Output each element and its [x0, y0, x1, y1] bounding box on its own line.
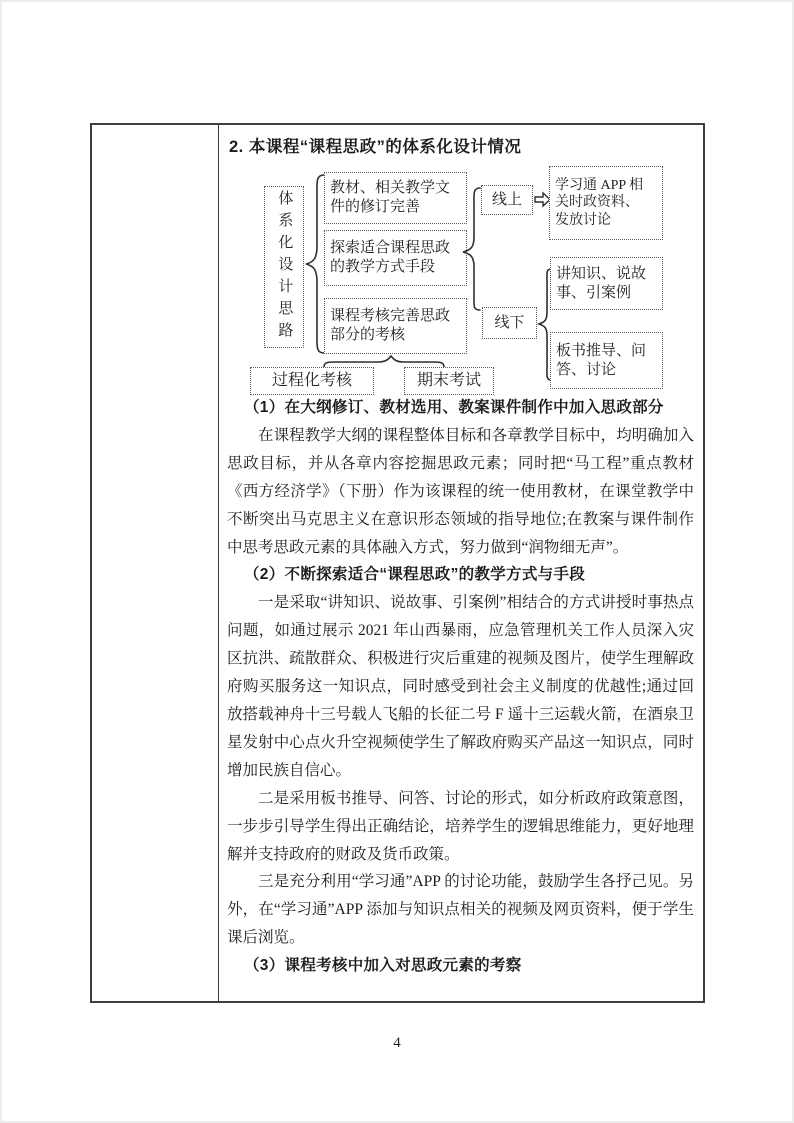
flow-box-strategy-assessment: 课程考核完善思政 部分的考核 — [324, 298, 467, 354]
flow-box-root: 体系化设计思路 — [264, 186, 304, 348]
flow-box-strategy-methods: 探索适合课程思政 的教学方式手段 — [324, 230, 467, 286]
design-flowchart: 体系化设计思路 教材、相关教学文 件的修订完善 探索适合课程思政 的教学方式手段… — [242, 162, 712, 407]
document-page: 2. 本课程“课程思政”的体系化设计情况 体系化设计思路 教材、相关教学文 件的… — [0, 0, 794, 1123]
flow-box-online-result-label: 学习通 APP 相 关时政资料、 发放讨论 — [550, 175, 648, 232]
brace-assessment-split — [322, 354, 446, 368]
flow-box-process-assessment: 过程化考核 — [250, 367, 374, 395]
flow-box-strategy-methods-label: 探索适合课程思政 的教学方式手段 — [325, 237, 455, 279]
flow-box-root-label: 体系化设计思路 — [275, 188, 294, 346]
flow-box-offline-method-board-label: 板书推导、问 答、讨论 — [551, 340, 651, 382]
flow-box-online: 线上 — [481, 185, 533, 215]
flow-box-offline-method-board: 板书推导、问 答、讨论 — [550, 332, 663, 389]
flow-box-process-assessment-label: 过程化考核 — [251, 370, 373, 392]
flow-box-offline-method-lecture-label: 讲知识、说故 事、引案例 — [551, 263, 651, 305]
flow-box-offline-method-lecture: 讲知识、说故 事、引案例 — [550, 257, 663, 310]
paragraph-outline: 在课程教学大纲的课程整体目标和各章教学目标中，均明确加入思政目标，并从各章内容挖… — [227, 422, 694, 562]
paragraph-method-3: 三是充分利用“学习通”APP 的讨论功能，鼓励学生各抒己见。另外，在“学习通”A… — [227, 868, 694, 952]
brace-root-to-strategies — [302, 172, 326, 356]
section-title: 2. 本课程“课程思政”的体系化设计情况 — [229, 133, 699, 157]
flow-box-online-label: 线上 — [482, 190, 532, 211]
subsection-heading-2: （2）不断探索适合“课程思政”的教学方式与手段 — [227, 561, 694, 589]
flow-box-strategy-assessment-label: 课程考核完善思政 部分的考核 — [325, 305, 455, 347]
flow-box-final-exam-label: 期末考试 — [405, 370, 493, 392]
page-number: 4 — [2, 1035, 792, 1052]
flow-box-final-exam: 期末考试 — [404, 367, 494, 395]
table-column-divider — [218, 125, 219, 1001]
flow-box-offline: 线下 — [482, 307, 537, 339]
subsection-heading-3: （3）课程考核中加入对思政元素的考察 — [227, 952, 694, 980]
flow-box-strategy-materials: 教材、相关教学文 件的修订完善 — [324, 172, 467, 224]
flow-box-online-result: 学习通 APP 相 关时政资料、 发放讨论 — [549, 166, 663, 240]
flow-box-offline-label: 线下 — [483, 313, 536, 334]
paragraph-method-2: 二是采用板书推导、问答、讨论的形式，如分析政府政策意图，一步步引导学生得出正确结… — [227, 785, 694, 869]
section-body: （1）在大纲修订、教材选用、教案课件制作中加入思政部分 在课程教学大纲的课程整体… — [227, 394, 694, 980]
form-left-cell-empty — [92, 125, 218, 1001]
paragraph-method-1: 一是采取“讲知识、说故事、引案例”相结合的方式讲授时事热点问题，如通过展示 20… — [227, 589, 694, 784]
flow-box-strategy-materials-label: 教材、相关教学文 件的修订完善 — [325, 177, 455, 219]
subsection-heading-1: （1）在大纲修订、教材选用、教案课件制作中加入思政部分 — [227, 394, 694, 422]
brace-strategies-to-channels — [460, 185, 482, 313]
